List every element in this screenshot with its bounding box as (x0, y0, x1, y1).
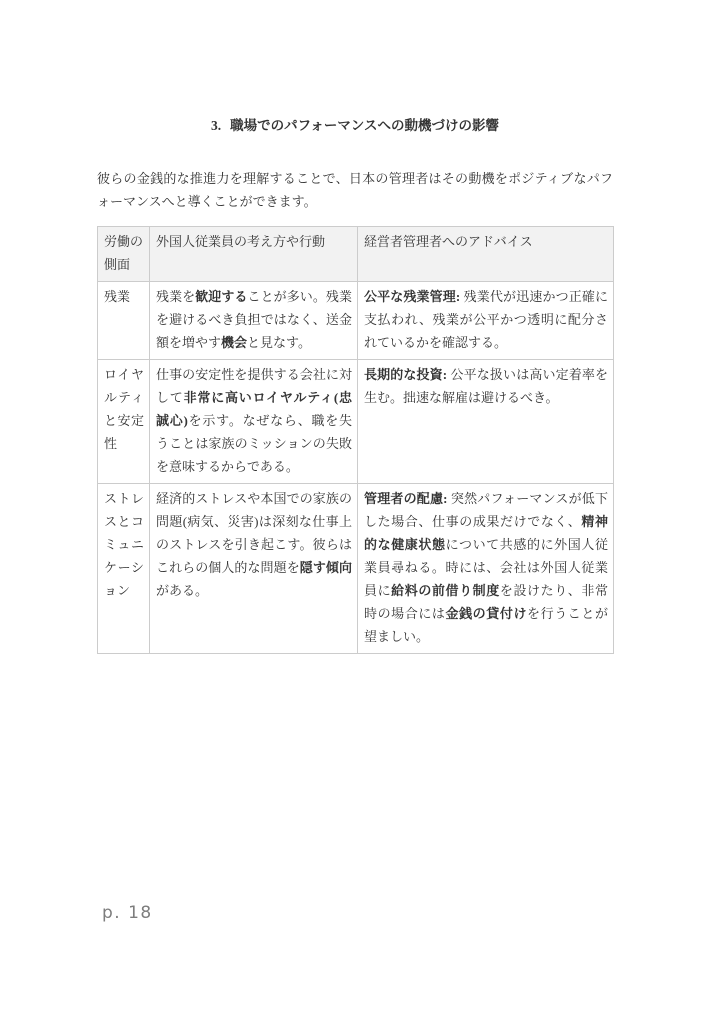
table-row: ストレスとコミュニケーション経済的ストレスや本国での家族の問題(病気、災害)は深… (98, 484, 614, 654)
behavior-cell: 経済的ストレスや本国での家族の問題(病気、災害)は深刻な仕事上のストレスを引き起… (150, 484, 358, 654)
table-row: ロイヤルティと安定性仕事の安定性を提供する会社に対して非常に高いロイヤルティ(忠… (98, 360, 614, 484)
text: がある。 (156, 583, 208, 598)
section-title: 職場でのパフォーマンスへの動機づけの影響 (230, 118, 499, 133)
aspect-cell: ストレスとコミュニケーション (98, 484, 150, 654)
page-content: 3.職場でのパフォーマンスへの動機づけの影響 彼らの金銭的な推進力を理解すること… (97, 0, 613, 654)
column-header-advice: 経営者管理者へのアドバイス (358, 227, 614, 282)
bold-text: 給料の前借り制度 (391, 583, 500, 598)
motivation-table-body: 残業残業を歓迎することが多い。残業を避けるべき負担ではなく、送金額を増やす機会と… (98, 282, 614, 654)
bold-text: 公平な残業管理: (364, 289, 460, 304)
page-number: p. 18 (102, 903, 153, 923)
text: と見なす。 (247, 335, 311, 350)
bold-text: 歓迎する (195, 289, 247, 304)
section-number: 3. (211, 118, 221, 133)
column-header-aspect: 労働の側面 (98, 227, 150, 282)
bold-text: 長期的な投資: (364, 367, 447, 382)
motivation-table: 労働の側面 外国人従業員の考え方や行動 経営者管理者へのアドバイス 残業残業を歓… (97, 226, 614, 654)
aspect-cell: 残業 (98, 282, 150, 360)
column-header-behavior: 外国人従業員の考え方や行動 (150, 227, 358, 282)
document-page: { "heading": { "number": "3.", "title": … (0, 0, 724, 1024)
advice-cell: 公平な残業管理: 残業代が迅速かつ正確に支払われ、残業が公平かつ透明に配分されて… (358, 282, 614, 360)
intro-paragraph: 彼らの金銭的な推進力を理解することで、日本の管理者はその動機をポジティブなパフォ… (97, 167, 613, 213)
advice-cell: 管理者の配慮: 突然パフォーマンスが低下した場合、仕事の成果だけでなく、精神的な… (358, 484, 614, 654)
table-header: 労働の側面 外国人従業員の考え方や行動 経営者管理者へのアドバイス (98, 227, 614, 282)
section-heading: 3.職場でのパフォーマンスへの動機づけの影響 (97, 117, 613, 135)
text: 残業を (156, 289, 195, 304)
bold-text: 隠す傾向 (300, 560, 352, 575)
header-row: 労働の側面 外国人従業員の考え方や行動 経営者管理者へのアドバイス (98, 227, 614, 282)
aspect-cell: ロイヤルティと安定性 (98, 360, 150, 484)
table-row: 残業残業を歓迎することが多い。残業を避けるべき負担ではなく、送金額を増やす機会と… (98, 282, 614, 360)
advice-cell: 長期的な投資: 公平な扱いは高い定着率を生む。拙速な解雇は避けるべき。 (358, 360, 614, 484)
bold-text: 金銭の貸付け (446, 606, 528, 621)
behavior-cell: 仕事の安定性を提供する会社に対して非常に高いロイヤルティ(忠誠心)を示す。なぜな… (150, 360, 358, 484)
bold-text: 機会 (221, 335, 247, 350)
bold-text: 管理者の配慮: (364, 491, 447, 506)
behavior-cell: 残業を歓迎することが多い。残業を避けるべき負担ではなく、送金額を増やす機会と見な… (150, 282, 358, 360)
